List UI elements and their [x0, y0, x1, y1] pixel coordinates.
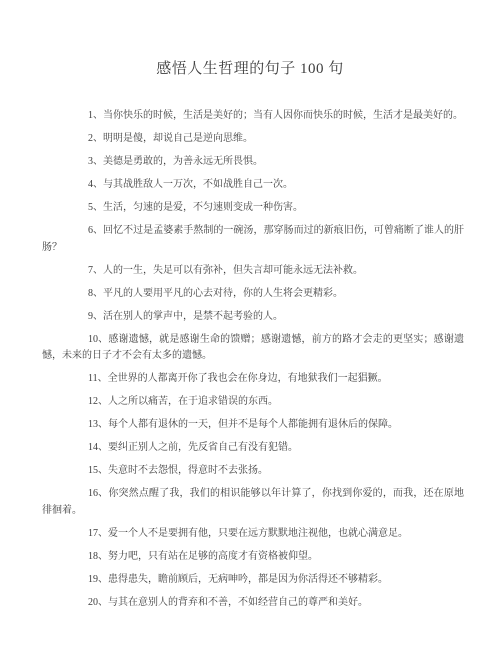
- list-item: 10、感谢遗憾，就是感谢生命的馈赠；感谢遗憾，前方的路才会走的更坚实；感谢遗憾，…: [42, 332, 464, 365]
- list-item: 4、与其战胜敌人一万次，不如战胜自己一次。: [42, 177, 464, 194]
- list-item: 1、当你快乐的时候，生活是美好的；当有人因你而快乐的时候，生活才是最美好的。: [42, 108, 464, 125]
- list-item: 3、美德是勇敢的，为善永远无所畏惧。: [42, 154, 464, 171]
- list-item: 9、活在别人的掌声中，是禁不起考验的人。: [42, 309, 464, 326]
- list-item: 19、患得患失，瞻前顾后，无病呻吟，都是因为你活得还不够精彩。: [42, 572, 464, 589]
- list-item: 6、回忆不过是孟婆素手熬制的一碗汤，那穿肠而过的新痕旧伤，可曾痛断了谁人的肝肠？: [42, 223, 464, 256]
- list-item: 15、失意时不去怨恨，得意时不去张扬。: [42, 463, 464, 480]
- list-item: 5、生活，匀速的是爱，不匀速则变成一种伤害。: [42, 200, 464, 217]
- list-item: 18、努力吧，只有站在足够的高度才有资格被仰望。: [42, 549, 464, 566]
- document-page: 感悟人生哲理的句子 100 句 1、当你快乐的时候，生活是美好的；当有人因你而快…: [0, 0, 500, 647]
- list-item: 12、人之所以痛苦，在于追求错误的东西。: [42, 394, 464, 411]
- page-title: 感悟人生哲理的句子 100 句: [0, 0, 500, 78]
- list-item: 20、与其在意别人的背弃和不善，不如经营自己的尊严和美好。: [42, 595, 464, 612]
- list-item: 17、爱一个人不是要拥有他，只要在远方默默地注视他，也就心满意足。: [42, 526, 464, 543]
- sentence-list: 1、当你快乐的时候，生活是美好的；当有人因你而快乐的时候，生活才是最美好的。2、…: [42, 108, 464, 611]
- list-item: 13、每个人都有退休的一天，但并不是每个人都能拥有退休后的保障。: [42, 417, 464, 434]
- list-item: 16、你突然点醒了我，我们的相识能够以年计算了，你找到你爱的，而我，还在原地徘徊…: [42, 486, 464, 519]
- list-item: 8、平凡的人要用平凡的心去对待，你的人生将会更精彩。: [42, 286, 464, 303]
- list-item: 2、明明是傻，却说自己是逆向思维。: [42, 131, 464, 148]
- list-item: 14、要纠正别人之前，先反省自己有没有犯错。: [42, 440, 464, 457]
- list-item: 7、人的一生，失足可以有弥补，但失言却可能永远无法补救。: [42, 263, 464, 280]
- list-item: 11、全世界的人都离开你了我也会在你身边，有地狱我们一起猖獗。: [42, 371, 464, 388]
